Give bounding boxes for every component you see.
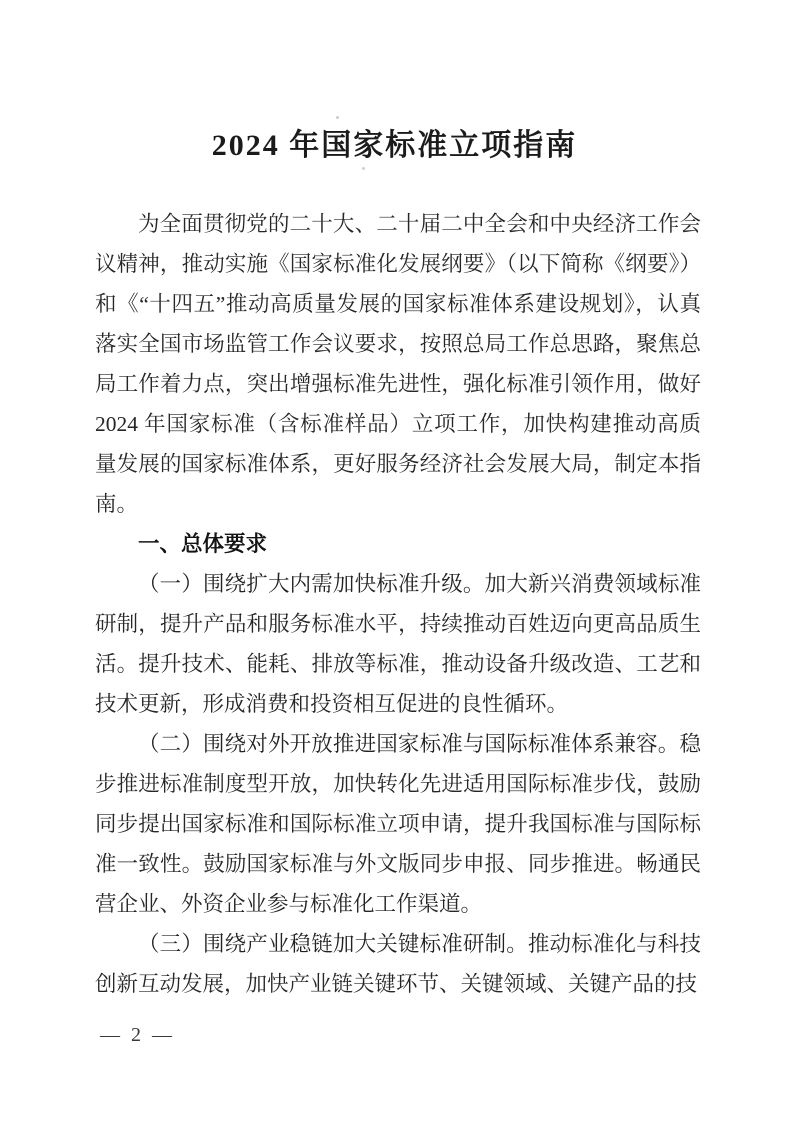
item-3-lead: （三）围绕产业稳链加大关键标准研制。: [138, 932, 528, 956]
section-heading: 一、总体要求: [95, 524, 701, 564]
page-number: — 2 —: [100, 1020, 175, 1050]
document-page: 2024 年国家标准立项指南 为全面贯彻党的二十大、二十届二中全会和中央经济工作…: [0, 0, 789, 1121]
document-body: 为全面贯彻党的二十大、二十届二中全会和中央经济工作会议精神，推动实施《国家标准化…: [95, 204, 701, 1004]
paragraph-intro: 为全面贯彻党的二十大、二十届二中全会和中央经济工作会议精神，推动实施《国家标准化…: [95, 204, 701, 524]
scan-speck: [362, 167, 365, 170]
paragraph-item-1: （一）围绕扩大内需加快标准升级。加大新兴消费领域标准研制，提升产品和服务标准水平…: [95, 564, 701, 724]
paragraph-item-2: （二）围绕对外开放推进国家标准与国际标准体系兼容。稳步推进标准制度型开放，加快转…: [95, 724, 701, 924]
scan-speck: [336, 116, 339, 119]
paragraph-item-3: （三）围绕产业稳链加大关键标准研制。推动标准化与科技创新互动发展，加快产业链关键…: [95, 924, 701, 1004]
item-1-lead: （一）围绕扩大内需加快标准升级。: [138, 572, 485, 596]
item-2-lead: （二）围绕对外开放推进国家标准与国际标准体系兼容。: [138, 732, 679, 756]
document-title: 2024 年国家标准立项指南: [0, 120, 789, 164]
item-2-text: 稳步推进标准制度型开放，加快转化先进适用国际标准步伐，鼓励同步提出国家标准和国际…: [95, 732, 701, 916]
